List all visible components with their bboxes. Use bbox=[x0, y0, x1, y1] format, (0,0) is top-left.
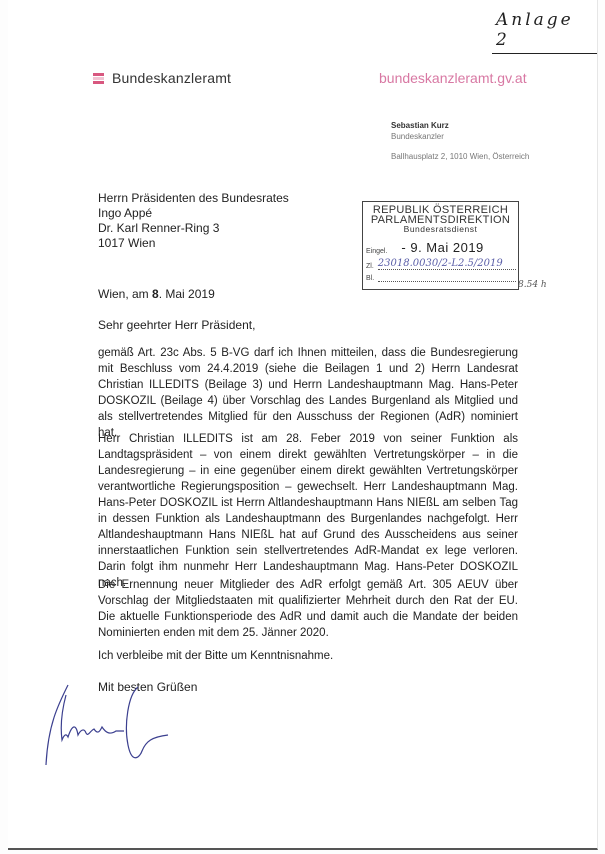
body-paragraph: gemäß Art. 23c Abs. 5 B-VG darf ich Ihne… bbox=[98, 345, 518, 441]
handwritten-time-note: 8.54 h bbox=[518, 280, 547, 290]
recipient-line: Ingo Appé bbox=[98, 206, 289, 221]
recipient-line: 1017 Wien bbox=[98, 236, 289, 251]
letter-page: Anlage 2 Bundeskanzleramt bundeskanzlera… bbox=[8, 0, 598, 850]
recipient-line: Herrn Präsidenten des Bundesrates bbox=[98, 191, 289, 206]
reference-label: Zl. bbox=[366, 263, 374, 270]
sender-address: Ballhausplatz 2, 1010 Wien, Österreich bbox=[391, 151, 529, 162]
salutation: Sehr geehrter Herr Präsident, bbox=[98, 318, 255, 332]
sender-block: Sebastian Kurz Bundeskanzler Ballhauspla… bbox=[391, 120, 529, 162]
organization-name: Bundeskanzleramt bbox=[112, 70, 231, 86]
stamp-reference-row: Zl. 23018.0030/2-L2.5/2019 bbox=[366, 258, 516, 270]
received-label: Eingel. bbox=[366, 248, 387, 255]
recipient-line: Dr. Karl Renner-Ring 3 bbox=[98, 221, 289, 236]
stamp-line-3: Bundesratsdienst bbox=[363, 225, 518, 234]
date-day: 8 bbox=[152, 287, 159, 301]
letterhead-logo: Bundeskanzleramt bbox=[93, 70, 231, 86]
enclosures-label: Bl. bbox=[366, 275, 374, 282]
annex-annotation: Anlage 2 bbox=[492, 10, 597, 54]
enclosures-dotted-line bbox=[378, 275, 516, 282]
stamp-enclosures-row: Bl. bbox=[366, 275, 516, 282]
date-prefix: Wien, am bbox=[98, 287, 152, 301]
website-link[interactable]: bundeskanzleramt.gv.at bbox=[379, 70, 527, 86]
stamp-received-row: Eingel. - 9. Mai 2019 bbox=[366, 240, 484, 255]
austrian-flag-stripes-icon bbox=[93, 72, 104, 84]
handwritten-signature-icon bbox=[28, 665, 188, 775]
body-paragraph: Die Ernennung neuer Mitglieder des AdR e… bbox=[98, 577, 518, 641]
date-rest: . Mai 2019 bbox=[159, 287, 215, 301]
recipient-address: Herrn Präsidenten des Bundesrates Ingo A… bbox=[98, 191, 289, 251]
sender-title: Bundeskanzler bbox=[391, 131, 529, 142]
receipt-stamp: REPUBLIK ÖSTERREICH PARLAMENTSDIREKTION … bbox=[362, 201, 519, 290]
body-paragraph: Ich verbleibe mit der Bitte um Kenntnisn… bbox=[98, 648, 518, 664]
body-paragraph: Herr Christian ILLEDITS ist am 28. Feber… bbox=[98, 431, 518, 591]
received-date: - 9. Mai 2019 bbox=[401, 240, 483, 255]
sender-name: Sebastian Kurz bbox=[391, 120, 529, 131]
reference-value: 23018.0030/2-L2.5/2019 bbox=[378, 258, 516, 270]
letter-date: Wien, am 8. Mai 2019 bbox=[98, 287, 215, 301]
